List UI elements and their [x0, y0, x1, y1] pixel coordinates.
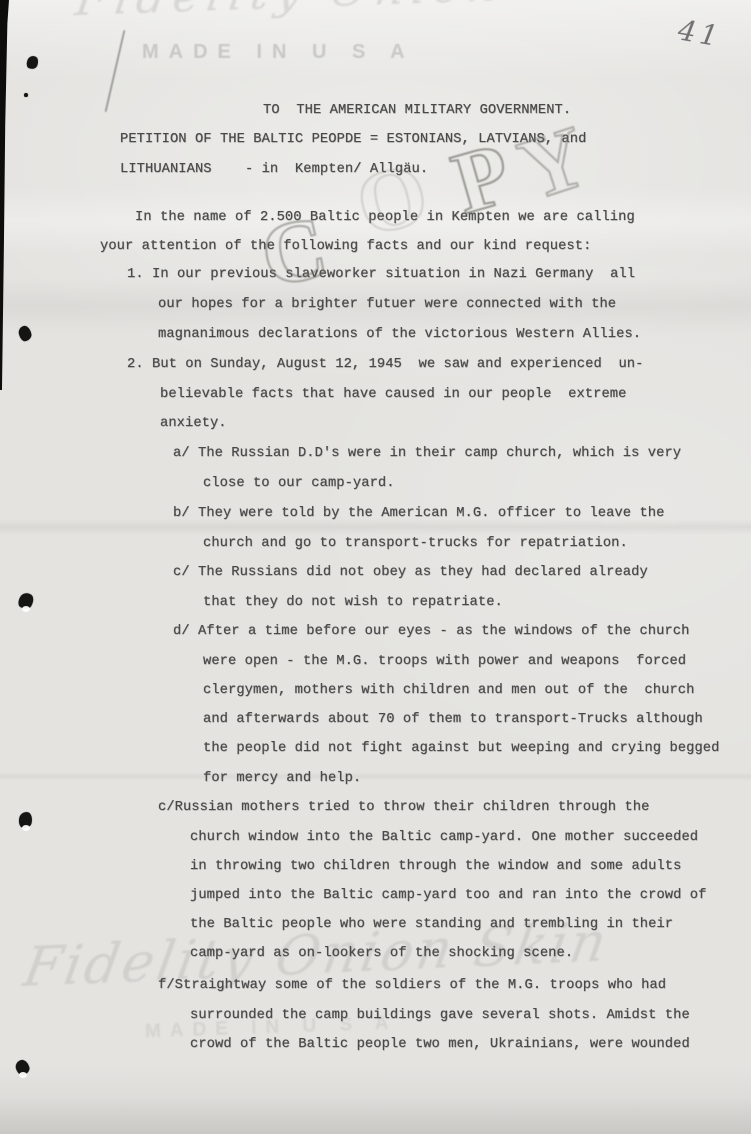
typewritten-line-9: 2. But on Sunday, August 12, 1945 we saw…: [127, 357, 643, 374]
typewritten-line-15: church and go to transport-trucks for re…: [203, 536, 628, 553]
ink-spot-1: [25, 55, 40, 71]
ink-spot-2: [24, 93, 28, 97]
typewritten-line-22: the people did not fight against but wee…: [203, 741, 719, 758]
typewritten-line-24: c/Russian mothers tried to throw their c…: [158, 800, 649, 817]
typewritten-line-10: believable facts that have caused in our…: [160, 387, 626, 404]
typewritten-line-8: magnanimous declarations of the victorio…: [158, 327, 641, 344]
pencil-mark: [105, 30, 126, 112]
typewritten-line-5: your attention of the following facts an…: [100, 239, 591, 256]
typewritten-line-18: d/ After a time before our eyes - as the…: [173, 624, 689, 641]
typewritten-line-17: that they do not wish to repatriate.: [203, 595, 503, 612]
typewritten-line-2: PETITION OF THE BALTIC PEOPDE = ESTONIAN…: [120, 132, 586, 149]
typewritten-line-11: anxiety.: [160, 416, 227, 433]
typewritten-line-23: for mercy and help.: [203, 771, 361, 788]
watermark-top-script: Fidelity Onion Skin: [73, 0, 662, 22]
paper-chip: [22, 606, 30, 612]
handwritten-page-number: 41: [676, 16, 724, 51]
scan-bottom-shade: [0, 1096, 751, 1134]
scan-edge-strip: [0, 0, 9, 390]
typewritten-line-29: camp-yard as on-lookers of the shocking …: [190, 946, 573, 963]
typewritten-line-6: 1. In our previous slaveworker situation…: [127, 267, 635, 284]
scan-crease-line: [0, 772, 751, 781]
typewritten-line-25: church window into the Baltic camp-yard.…: [190, 830, 698, 847]
typewritten-line-16: c/ The Russians did not obey as they had…: [173, 565, 648, 582]
typewritten-line-28: the Baltic people who were standing and …: [190, 917, 673, 934]
typewritten-line-27: jumped into the Baltic camp-yard too and…: [190, 888, 706, 905]
watermark-made-in-usa-top: MADE IN U S A: [142, 42, 415, 62]
copy-stamp-letter-y: Y: [508, 108, 598, 220]
paper-chip: [19, 1072, 27, 1078]
typewritten-line-3: LITHUANIANS - in Kempten/ Allgäu.: [120, 162, 428, 179]
typewritten-line-14: b/ They were told by the American M.G. o…: [173, 506, 664, 523]
typewritten-line-31: surrounded the camp buildings gave sever…: [190, 1008, 690, 1025]
typewritten-line-19: were open - the M.G. troops with power a…: [203, 654, 686, 671]
typewritten-line-12: a/ The Russian D.D's were in their camp …: [173, 446, 681, 463]
typewritten-line-20: clergymen, mothers with children and men…: [203, 683, 694, 700]
ink-spot-3: [17, 325, 32, 343]
typewritten-line-21: and afterwards about 70 of them to trans…: [203, 712, 703, 729]
paper-chip: [22, 825, 30, 831]
scanned-document-page: Fidelity Onion Skin MADE IN U S A Fideli…: [0, 0, 751, 1134]
typewritten-line-7: our hopes for a brighter futuer were con…: [158, 297, 616, 314]
typewritten-line-13: close to our camp-yard.: [203, 476, 395, 493]
typewritten-line-26: in throwing two children through the win…: [190, 859, 681, 876]
typewritten-line-30: f/Straightway some of the soldiers of th…: [158, 978, 666, 995]
typewritten-line-1: TO THE AMERICAN MILITARY GOVERNMENT.: [263, 103, 571, 120]
typewritten-line-32: crowd of the Baltic people two men, Ukra…: [190, 1037, 690, 1054]
typewritten-line-4: In the name of 2.500 Baltic people in Ke…: [135, 210, 635, 227]
